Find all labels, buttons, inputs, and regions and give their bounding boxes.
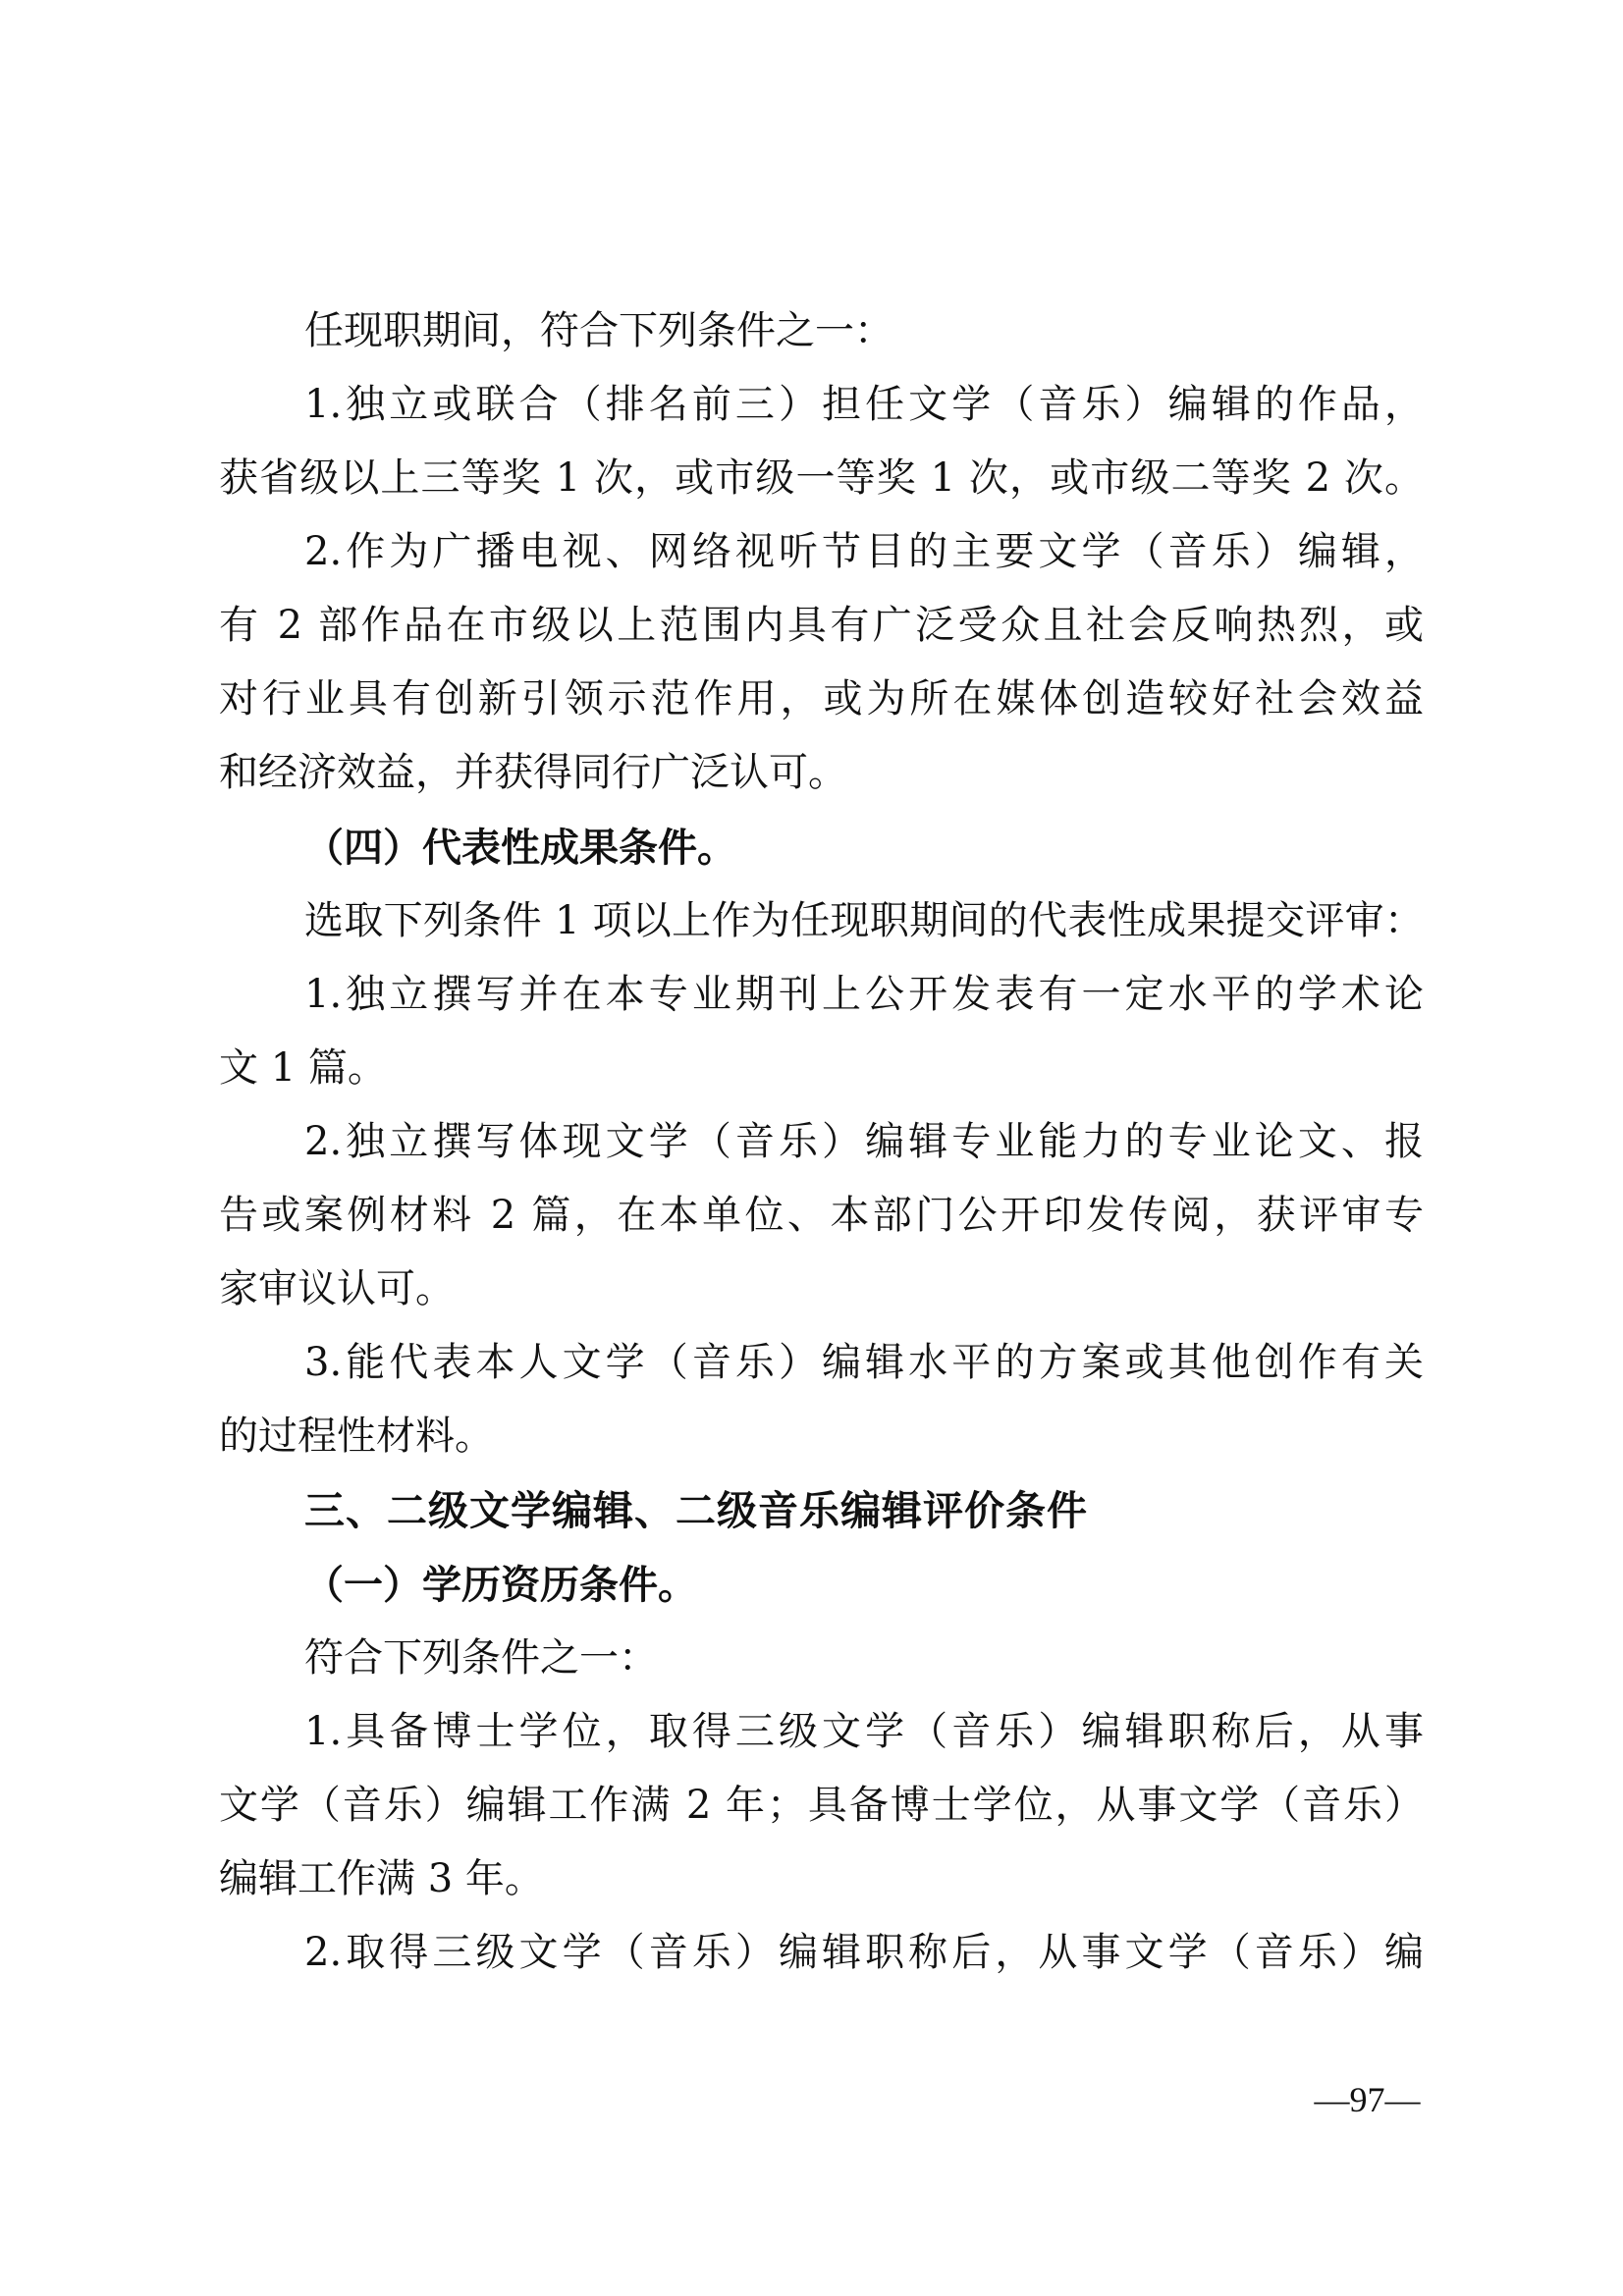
chapter-heading-3: 三、二级文学编辑、二级音乐编辑评价条件 [304,1474,1424,1548]
paragraph-line: 文学（音乐）编辑工作满 2 年；具备博士学位，从事文学（音乐） [219,1769,1424,1842]
section-heading-1: （一）学历资历条件。 [304,1548,1424,1622]
paragraph-line-item-2: 2.取得三级文学（音乐）编辑职称后，从事文学（音乐）编 [304,1916,1424,1990]
paragraph-line: 有 2 部作品在市级以上范围内具有广泛受众且社会反响热烈，或 [219,589,1424,663]
paragraph-line-intro: 任现职期间，符合下列条件之一： [304,294,1424,368]
paragraph-line: 获省级以上三等奖 1 次，或市级一等奖 1 次，或市级二等奖 2 次。 [219,442,1424,515]
paragraph-line: 符合下列条件之一： [304,1622,1424,1695]
paragraph-line: 和经济效益，并获得同行广泛认可。 [219,736,1424,810]
paragraph-line-item-2: 2.作为广播电视、网络视听节目的主要文学（音乐）编辑， [304,515,1424,589]
paragraph-line: 告或案例材料 2 篇，在本单位、本部门公开印发传阅，获评审专 [219,1179,1424,1253]
paragraph-line: 选取下列条件 1 项以上作为任现职期间的代表性成果提交评审： [304,884,1424,958]
paragraph-line: 对行业具有创新引领示范作用，或为所在媒体创造较好社会效益 [219,663,1424,736]
paragraph-line: 文 1 篇。 [219,1032,1424,1105]
paragraph-line: 编辑工作满 3 年。 [219,1842,1424,1916]
paragraph-line: 家审议认可。 [219,1253,1424,1326]
paragraph-line-item-1: 1.独立撰写并在本专业期刊上公开发表有一定水平的学术论 [304,958,1424,1032]
section-heading-4: （四）代表性成果条件。 [304,811,1424,884]
paragraph-line-item-2: 2.独立撰写体现文学（音乐）编辑专业能力的专业论文、报 [304,1105,1424,1179]
page-number: —97— [1306,2076,1429,2123]
paragraph-line-item-1: 1.独立或联合（排名前三）担任文学（音乐）编辑的作品， [304,368,1424,442]
paragraph-line: 的过程性材料。 [219,1400,1424,1473]
paragraph-line-item-1: 1.具备博士学位，取得三级文学（音乐）编辑职称后，从事 [304,1695,1424,1769]
paragraph-line-item-3: 3.能代表本人文学（音乐）编辑水平的方案或其他创作有关 [304,1326,1424,1400]
document-page: 任现职期间，符合下列条件之一： 1.独立或联合（排名前三）担任文学（音乐）编辑的… [0,0,1623,2296]
